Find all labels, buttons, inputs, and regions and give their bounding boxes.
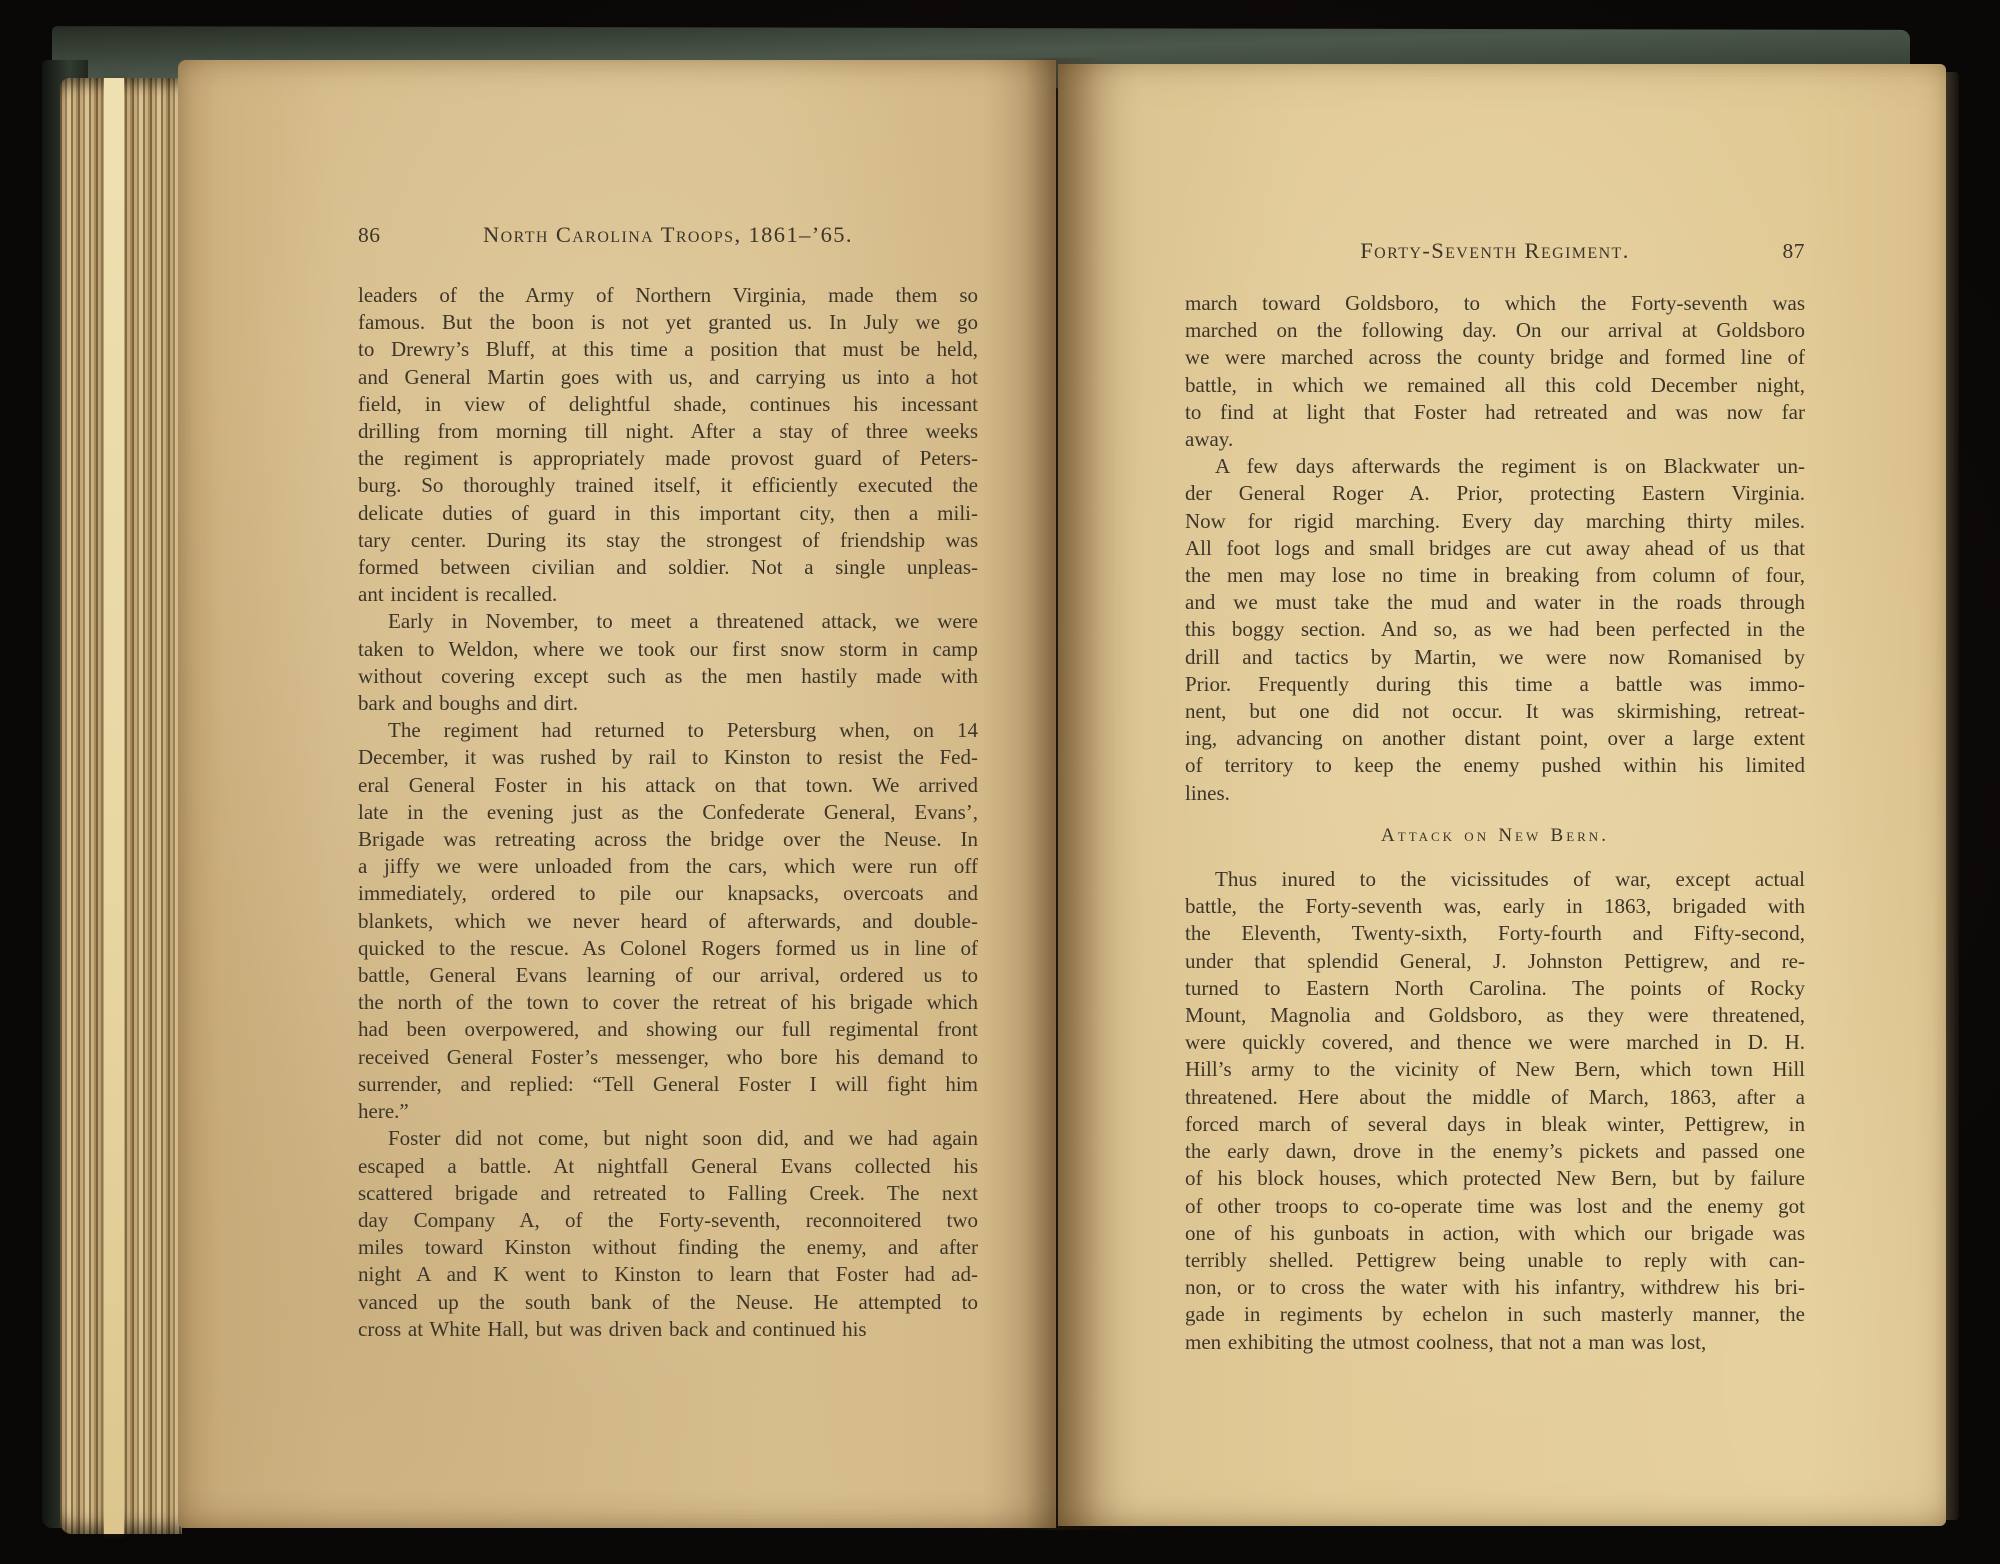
left-page-text-column: leaders of the Army of Northern Virginia… (358, 282, 978, 1343)
page-number-left: 86 (358, 223, 430, 248)
right-page-text-column: march toward Goldsboro, to which the For… (1185, 290, 1805, 1356)
running-header-left: 86 North Carolina Troops, 1861–’65. (358, 222, 978, 248)
book-scan-photo: 86 North Carolina Troops, 1861–’65. lead… (0, 0, 2000, 1564)
left-page: 86 North Carolina Troops, 1861–’65. lead… (178, 60, 1056, 1528)
paragraph-continuation: march toward Goldsboro, to which the For… (1185, 290, 1805, 453)
page-edge-highlight (104, 78, 124, 1534)
section-heading: Attack on New Bern. (1185, 822, 1805, 849)
paragraph: A few days afterwards the regiment is on… (1185, 453, 1805, 807)
running-title-left: North Carolina Troops, 1861–’65. (430, 222, 906, 248)
paragraph-continuation: leaders of the Army of Northern Virginia… (358, 282, 978, 608)
page-edge-stack (60, 78, 182, 1534)
running-header-right: Forty-Seventh Regiment. 87 (1185, 238, 1805, 264)
right-page: Forty-Seventh Regiment. 87 march toward … (1058, 64, 1946, 1526)
running-title-right: Forty-Seventh Regiment. (1257, 238, 1733, 264)
right-fore-edge (1946, 72, 1959, 1520)
paragraph: The regiment had returned to Petersburg … (358, 717, 978, 1125)
paragraph: Foster did not come, but night soon did,… (358, 1125, 978, 1343)
page-number-right: 87 (1733, 239, 1805, 264)
paragraph: Early in November, to meet a threatened … (358, 608, 978, 717)
paragraph: Thus inured to the vicissitudes of war, … (1185, 866, 1805, 1356)
